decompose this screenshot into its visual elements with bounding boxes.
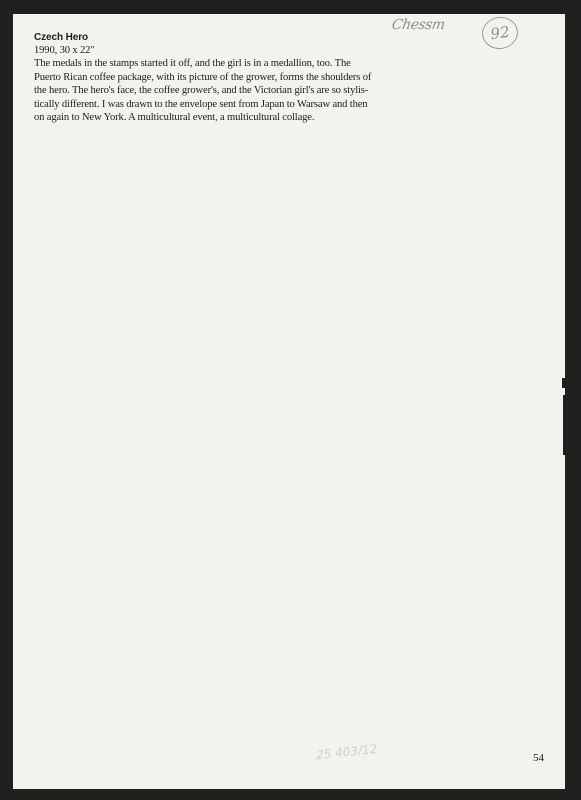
caption-line: The medals in the stamps started it off,… (34, 57, 414, 70)
caption-line: the hero. The hero's face, the coffee gr… (34, 84, 414, 97)
document-page (13, 14, 565, 789)
artwork-meta: 1990, 30 x 22" (34, 44, 414, 57)
page-edge-tear (563, 395, 567, 455)
caption-line: on again to New York. A multicultural ev… (34, 111, 414, 124)
caption-line: Puerto Rican coffee package, with its pi… (34, 71, 414, 84)
page-number: 54 (533, 752, 544, 764)
page-edge-tear (562, 378, 566, 388)
artwork-caption: Czech Hero 1990, 30 x 22" The medals in … (34, 31, 414, 124)
caption-line: tically different. I was drawn to the en… (34, 98, 414, 111)
artwork-title: Czech Hero (34, 31, 414, 44)
